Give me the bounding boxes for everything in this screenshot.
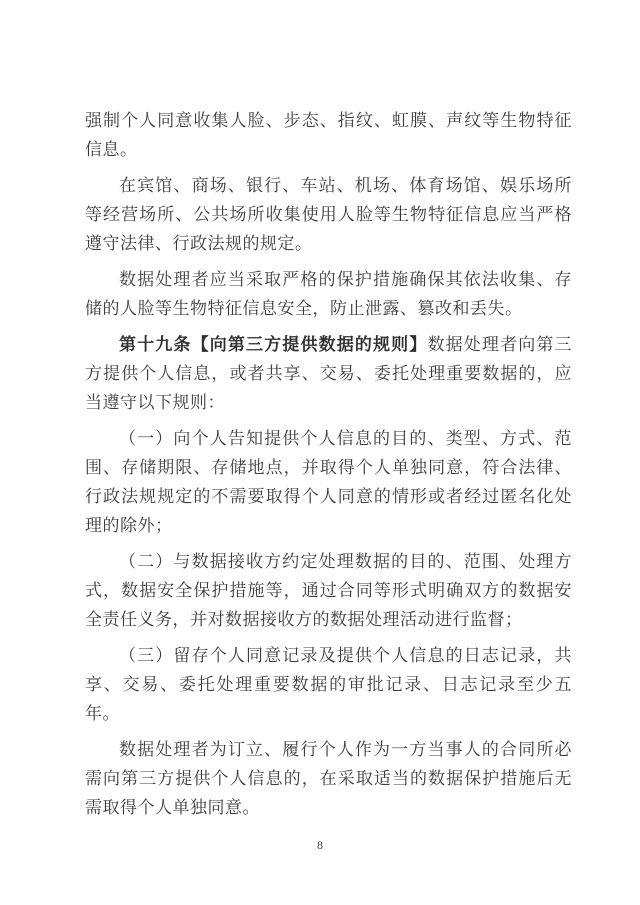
paragraph-article-19: 第十九条【向第三方提供数据的规则】数据处理者向第三方提供个人信息，或者共享、交易…	[85, 330, 572, 417]
page-number: 8	[0, 838, 640, 853]
paragraph-protection-measures: 数据处理者应当采取严格的保护措施确保其依法收集、存储的人脸等生物特征信息安全，防…	[85, 265, 572, 323]
paragraph-rule-item-1: （一）向个人告知提供个人信息的目的、类型、方式、范围、存储期限、存储地点，并取得…	[85, 424, 572, 540]
article-19-heading: 第十九条【向第三方提供数据的规则】	[119, 335, 427, 354]
paragraph-continuation: 强制个人同意收集人脸、步态、指纹、虹膜、声纹等生物特征信息。	[85, 106, 572, 164]
document-text-block: 强制个人同意收集人脸、步态、指纹、虹膜、声纹等生物特征信息。 在宾馆、商场、银行…	[85, 106, 572, 829]
paragraph-contract-exception: 数据处理者为订立、履行个人作为一方当事人的合同所必需向第三方提供个人信息的，在采…	[85, 735, 572, 822]
paragraph-public-places: 在宾馆、商场、银行、车站、机场、体育场馆、娱乐场所等经营场所、公共场所收集使用人…	[85, 171, 572, 258]
paragraph-rule-item-3: （三）留存个人同意记录及提供个人信息的日志记录，共享、交易、委托处理重要数据的审…	[85, 641, 572, 728]
paragraph-rule-item-2: （二）与数据接收方约定处理数据的目的、范围、处理方式，数据安全保护措施等，通过合…	[85, 547, 572, 634]
document-page: 强制个人同意收集人脸、步态、指纹、虹膜、声纹等生物特征信息。 在宾馆、商场、银行…	[0, 0, 640, 905]
